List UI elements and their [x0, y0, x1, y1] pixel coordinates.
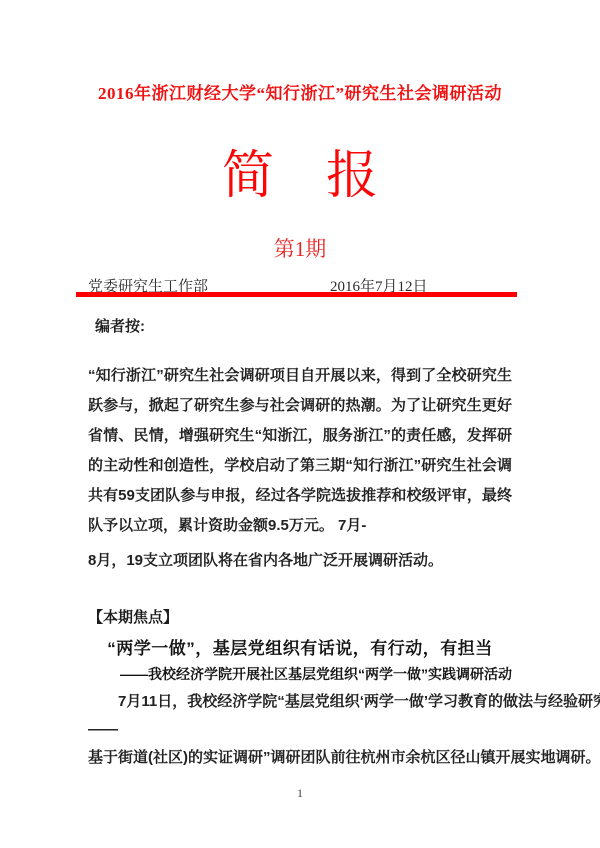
document-title: 2016年浙江财经大学“知行浙江”研究生社会调研活动 — [0, 79, 600, 104]
intro-line: 跃参与，掀起了研究生参与社会调研的热潮。为了让研究生更好地深入了解浙江 — [88, 391, 512, 421]
bulletin-banner: 简 报 — [0, 133, 600, 208]
focus-line: —— — [88, 716, 512, 744]
intro-line: 的主动性和创造性，学校启动了第三期“知行浙江”研究生社会调研活动。期间， — [88, 451, 512, 481]
intro-line: 8月，19支立项团队将在省内各地广泛开展调研活动。 — [88, 546, 512, 576]
focus-line: 7月11日，我校经济学院“基层党组织‘两学一做’学习教育的做法与经验研究 — [88, 688, 512, 716]
intro-line: 队予以立项，累计资助金额9.5万元。 7月- — [88, 511, 512, 541]
intro-line: “知行浙江”研究生社会调研项目自开展以来，得到了全校研究生的积极响应与踊 — [88, 361, 512, 391]
page-number: 1 — [0, 786, 600, 801]
focus-headline: “两学一做”，基层党组织有话说，有行动，有担当 — [88, 634, 512, 659]
issue-number: 第1期 — [0, 233, 600, 263]
intro-line: 共有59支团队参与申报，经过各学院选拔推荐和校级评审，最终确定19支优秀团 — [88, 481, 512, 511]
bulletin-document-page: 2016年浙江财经大学“知行浙江”研究生社会调研活动 简 报 第1期 党委研究生… — [0, 0, 600, 848]
intro-line: 省情、民情，增强研究生“知浙江，服务浙江”的责任感，发挥研究生在实践育人中 — [88, 421, 512, 451]
masthead: 党委研究生工作部 2016年7月12日 — [88, 275, 512, 293]
focus-section-label: 【本期焦点】 — [88, 606, 178, 627]
intro-paragraph: “知行浙江”研究生社会调研项目自开展以来，得到了全校研究生的积极响应与踊 跃参与… — [88, 361, 512, 576]
editor-note-label: 编者按: — [95, 315, 145, 336]
focus-paragraph: 7月11日，我校经济学院“基层党组织‘两学一做’学习教育的做法与经验研究 —— … — [88, 688, 512, 772]
red-divider-rule — [76, 292, 517, 297]
focus-line: 基于街道(社区)的实证调研”调研团队前往杭州市余杭区径山镇开展实地调研。 — [88, 744, 512, 772]
focus-subheadline: ——我校经济学院开展社区基层党组织“两学一做”实践调研活动 — [88, 664, 512, 684]
